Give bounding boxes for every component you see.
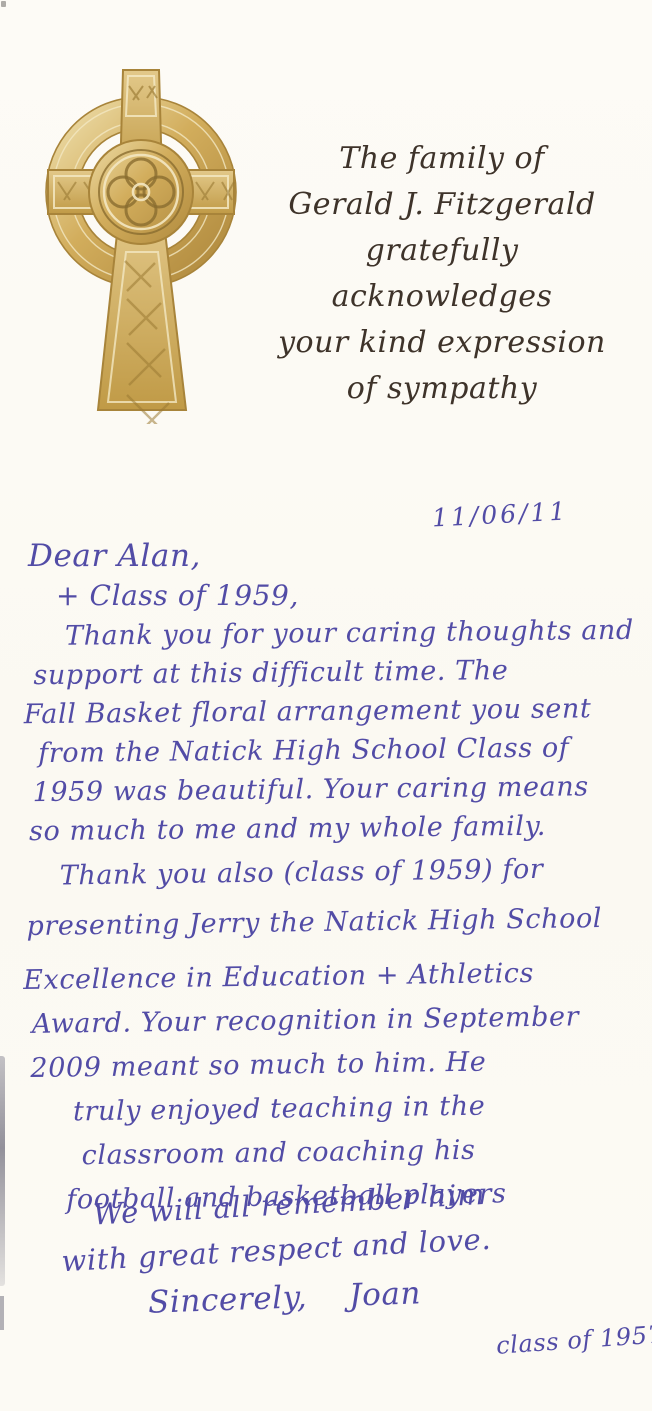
- printed-line: The family of: [272, 136, 612, 182]
- paragraph-thanks-flowers: Thank you for your caring thoughts and s…: [23, 611, 636, 851]
- handwritten-line: from the Natick High School Class of: [38, 728, 635, 773]
- printed-line: your kind expression: [272, 320, 612, 366]
- handwritten-date: 11/06/11: [431, 496, 569, 532]
- sympathy-acknowledgement-card: The family of Gerald J. Fitzgerald grate…: [0, 0, 652, 1411]
- printed-line: gratefully acknowledges: [272, 228, 612, 320]
- handwritten-line: Thank you for your caring thoughts and: [65, 611, 634, 656]
- scan-speck: [1, 1, 6, 7]
- scan-edge-artifact: [0, 1296, 4, 1330]
- closing-word: Sincerely,: [147, 1279, 307, 1321]
- handwritten-line: Award. Your recognition in September: [32, 995, 604, 1047]
- handwritten-line: truly enjoyed teaching in the: [73, 1083, 605, 1134]
- closing: Sincerely,Joan: [147, 1275, 421, 1321]
- handwritten-line: 1959 was beautiful. Your caring means: [32, 767, 635, 812]
- handwritten-line: so much to me and my whole family.: [29, 806, 636, 851]
- paragraph-thanks-award: Thank you also (class of 1959) for prese…: [21, 847, 606, 1223]
- printed-line: Gerald J. Fitzgerald: [272, 182, 612, 228]
- handwritten-line: Thank you also (class of 1959) for: [59, 847, 601, 899]
- signature: Joan: [348, 1275, 421, 1313]
- handwritten-line: presenting Jerry the Natick High School: [26, 897, 602, 949]
- printed-acknowledgement: The family of Gerald J. Fitzgerald grate…: [272, 136, 612, 412]
- scan-edge-artifact: [0, 1056, 5, 1286]
- printed-line: of sympathy: [272, 366, 612, 412]
- handwritten-line: classroom and coaching his: [81, 1127, 605, 1178]
- celtic-cross-graphic: [28, 56, 258, 424]
- handwritten-line: support at this difficult time. The: [33, 650, 634, 695]
- greeting-line: Dear Alan,: [28, 538, 201, 574]
- greeting-line: + Class of 1959,: [56, 579, 299, 612]
- class-note: class of 1957: [495, 1320, 652, 1360]
- handwritten-line: Fall Basket floral arrangement you sent: [24, 689, 635, 734]
- celtic-cross-icon: [28, 56, 258, 424]
